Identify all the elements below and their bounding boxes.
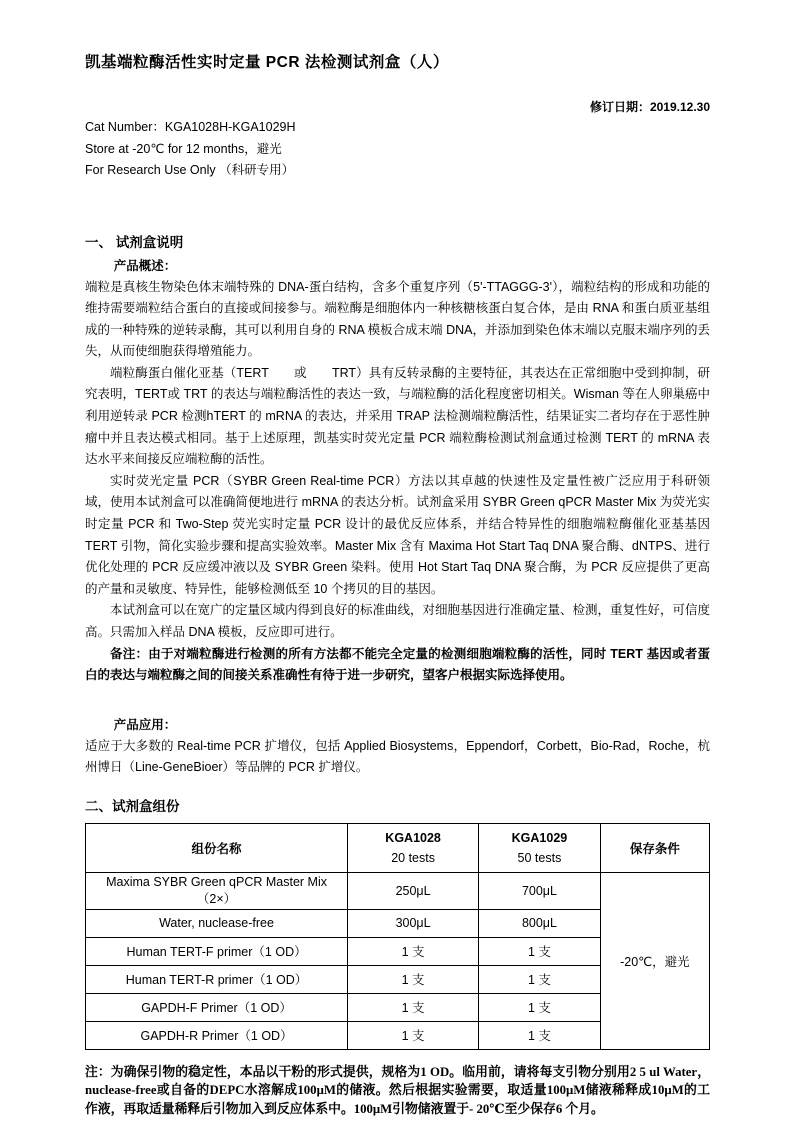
document-title: 凯基端粒酶活性实时定量 PCR 法检测试剂盒（人） bbox=[85, 53, 710, 73]
document-page: 凯基端粒酶活性实时定量 PCR 法检测试剂盒（人） 修订日期：2019.12.3… bbox=[0, 0, 794, 1123]
col-header-kga1028: KGA1028 20 tests bbox=[348, 823, 479, 872]
kga1028-value: 250μL bbox=[348, 872, 479, 909]
remark-paragraph: 备注：由于对端粒酶进行检测的所有方法都不能完全定量的检测细胞端粒酶的活性，同时 … bbox=[85, 644, 710, 687]
overview-label: 产品概述： bbox=[114, 255, 710, 277]
component-name: Water, nuclease-free bbox=[86, 909, 348, 937]
kga1029-value: 800μL bbox=[479, 909, 601, 937]
storage-condition-value: -20℃，避光 bbox=[600, 872, 709, 1049]
application-label: 产品应用： bbox=[114, 714, 710, 736]
kga1028-value: 1 支 bbox=[348, 937, 479, 965]
col-header-storage: 保存条件 bbox=[600, 823, 709, 872]
kga1028-value: 1 支 bbox=[348, 965, 479, 993]
component-name: GAPDH-R Primer（1 OD） bbox=[86, 1021, 348, 1049]
col-header-kga1029: KGA1029 50 tests bbox=[479, 823, 601, 872]
kga1029-value: 1 支 bbox=[479, 1021, 601, 1049]
kga1029-value: 1 支 bbox=[479, 965, 601, 993]
paragraph-standard-curve: 本试剂盒可以在宽广的定量区域内得到良好的标准曲线，对细胞基因进行准确定量、检测，… bbox=[85, 600, 710, 643]
col-header-component: 组份名称 bbox=[86, 823, 348, 872]
table-row: Maxima SYBR Green qPCR Master Mix（2×） 25… bbox=[86, 872, 710, 909]
paragraph-telomere-overview: 端粒是真核生物染色体末端特殊的 DNA-蛋白结构，含多个重复序列（5'-TTAG… bbox=[85, 277, 710, 363]
storage-line: Store at -20℃ for 12 months，避光 bbox=[85, 139, 710, 161]
kga1028-value: 300μL bbox=[348, 909, 479, 937]
kga1029-size: 50 tests bbox=[483, 848, 596, 868]
header-meta: Cat Number：KGA1028H-KGA1029H Store at -2… bbox=[85, 117, 710, 182]
kga1029-value: 700μL bbox=[479, 872, 601, 909]
section2-heading: 二、试剂盒组份 bbox=[85, 798, 710, 816]
kga1028-value: 1 支 bbox=[348, 993, 479, 1021]
revision-date: 修订日期：2019.12.30 bbox=[85, 100, 710, 115]
component-name: Maxima SYBR Green qPCR Master Mix（2×） bbox=[86, 872, 348, 909]
kga1029-value: 1 支 bbox=[479, 993, 601, 1021]
component-name: GAPDH-F Primer（1 OD） bbox=[86, 993, 348, 1021]
primer-preparation-note: 注：为确保引物的稳定性，本品以干粉的形式提供，规格为1 OD。临用前，请将每支引… bbox=[85, 1063, 710, 1119]
paragraph-tert-principle: 端粒酶蛋白催化亚基（TERT 或 TRT）具有反转录酶的主要特征，其表达在正常细… bbox=[85, 363, 710, 471]
kga1028-code: KGA1028 bbox=[352, 828, 474, 848]
component-name: Human TERT-F primer（1 OD） bbox=[86, 937, 348, 965]
kga1028-size: 20 tests bbox=[352, 848, 474, 868]
components-table: 组份名称 KGA1028 20 tests KGA1029 50 tests 保… bbox=[85, 823, 710, 1050]
cat-number-line: Cat Number：KGA1028H-KGA1029H bbox=[85, 117, 710, 139]
table-header-row: 组份名称 KGA1028 20 tests KGA1029 50 tests 保… bbox=[86, 823, 710, 872]
component-name: Human TERT-R primer（1 OD） bbox=[86, 965, 348, 993]
kga1028-value: 1 支 bbox=[348, 1021, 479, 1049]
research-use-line: For Research Use Only （科研专用） bbox=[85, 160, 710, 182]
kga1029-code: KGA1029 bbox=[483, 828, 596, 848]
kga1029-value: 1 支 bbox=[479, 937, 601, 965]
application-paragraph: 适应于大多数的 Real-time PCR 扩增仪，包括 Applied Bio… bbox=[85, 736, 710, 779]
section1-heading: 一、 试剂盒说明 bbox=[85, 234, 710, 252]
paragraph-sybr-method: 实时荧光定量 PCR（SYBR Green Real-time PCR）方法以其… bbox=[85, 471, 710, 601]
